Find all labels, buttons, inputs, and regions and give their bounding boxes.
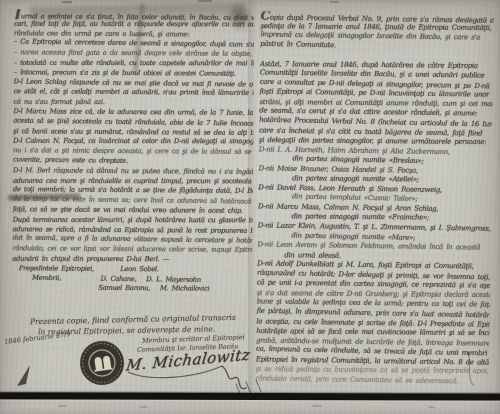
scan-margin-mark [428, 406, 435, 408]
handwriting-line: rânduiala cerută, prin care Comunitatea … [255, 374, 488, 387]
handwriting-line: D-l M. Berl răspunde că dânsul nu se put… [13, 166, 253, 177]
handwriting-line: faţă, ca să se ştie dacă se va mai rându… [13, 205, 253, 216]
scanned-document: Jurnal a şedinţei ce s'a ţinut, în faţa … [0, 0, 500, 414]
left-page-text: Jurnal a şedinţei ce s'a ţinut, în faţa … [12, 9, 254, 311]
scan-margin-strip [0, 400, 500, 414]
scan-edge-mark [198, 0, 212, 2]
scan-edge-mark [330, 1, 339, 3]
scan-margin-mark [312, 405, 322, 407]
handwriting-line: Samuel Baronu, M. Michailovici [12, 283, 252, 294]
right-page-text: Copia după Procesul Verbal No. 9, prin c… [255, 11, 493, 394]
scan-margin-mark [140, 406, 147, 408]
scan-edge-mark [62, 1, 72, 3]
community-seal-icon [76, 337, 128, 389]
scan-margin-mark [58, 405, 67, 407]
